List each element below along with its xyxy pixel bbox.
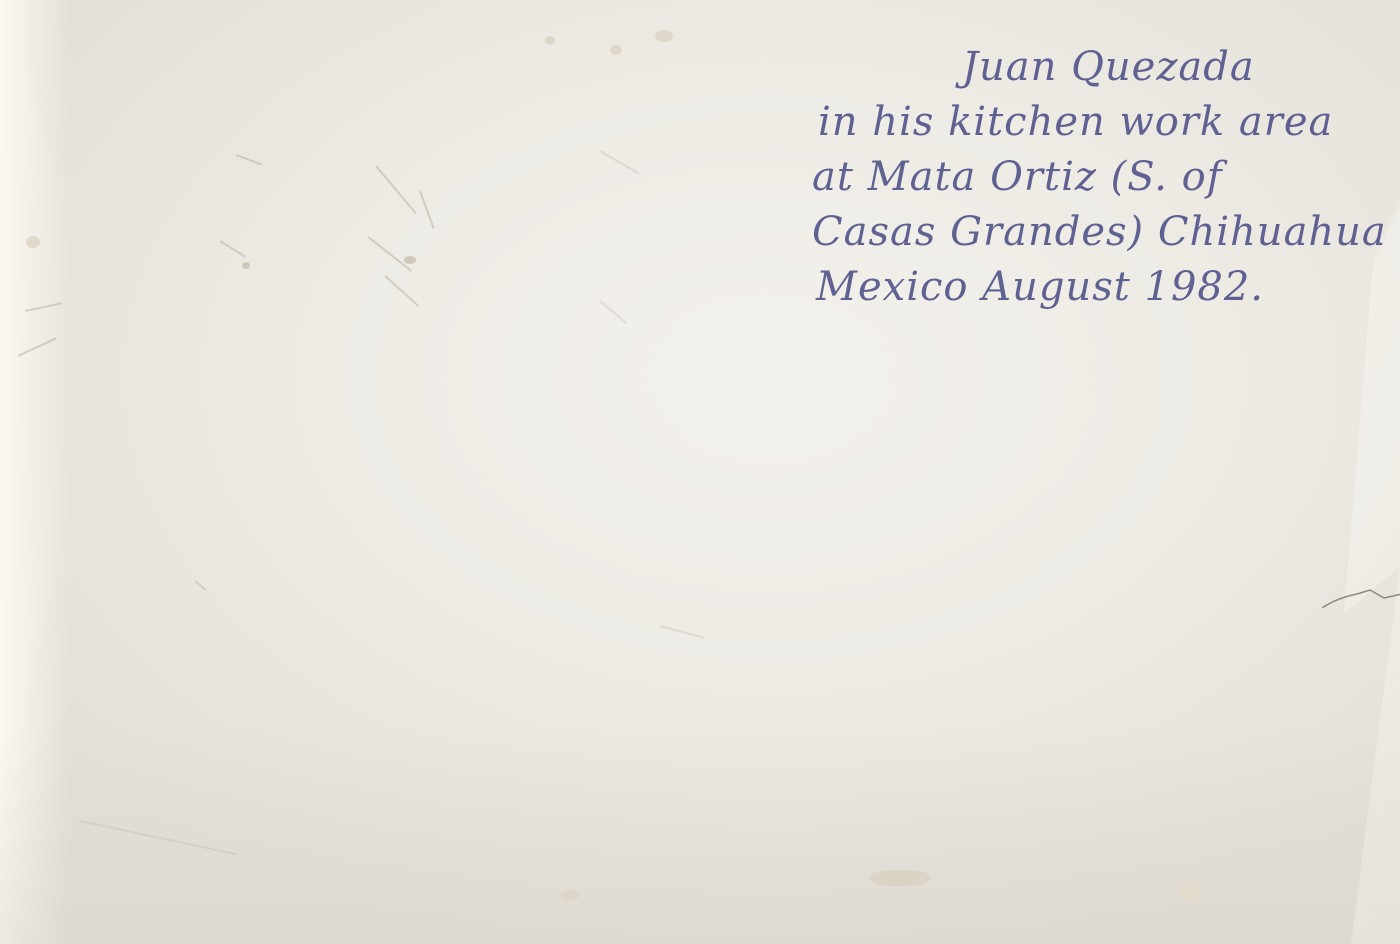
paper-spot [1180,882,1200,900]
crease [375,165,416,214]
crease [600,150,640,174]
paper-spot [404,256,416,264]
handwritten-caption: Juan Quezada in his kitchen work area at… [812,40,1392,315]
caption-line-date: Mexico August 1982. [812,260,1392,315]
paper-spot [610,45,622,55]
paper-spot [560,890,580,900]
photo-back: Juan Quezada in his kitchen work area at… [0,0,1400,944]
paper-spot [26,236,40,248]
crease [660,625,704,639]
paper-tear [1322,588,1400,610]
crease [384,275,419,307]
crease [599,300,627,324]
crease [367,236,412,271]
paper-spot [545,36,555,45]
caption-line-place: at Mata Ortiz (S. of [812,150,1392,205]
crease [194,580,207,591]
paper-spot [655,30,673,42]
caption-line-region: Casas Grandes) Chihuahua [812,205,1392,260]
crease [236,154,263,165]
bottom-shading [0,724,1400,944]
paper-spot [242,262,250,269]
crease [219,240,246,258]
paper-spot [870,870,930,886]
caption-line-name: Juan Quezada [812,40,1392,95]
crease [419,191,435,229]
caption-line-location: in his kitchen work area [812,95,1392,150]
